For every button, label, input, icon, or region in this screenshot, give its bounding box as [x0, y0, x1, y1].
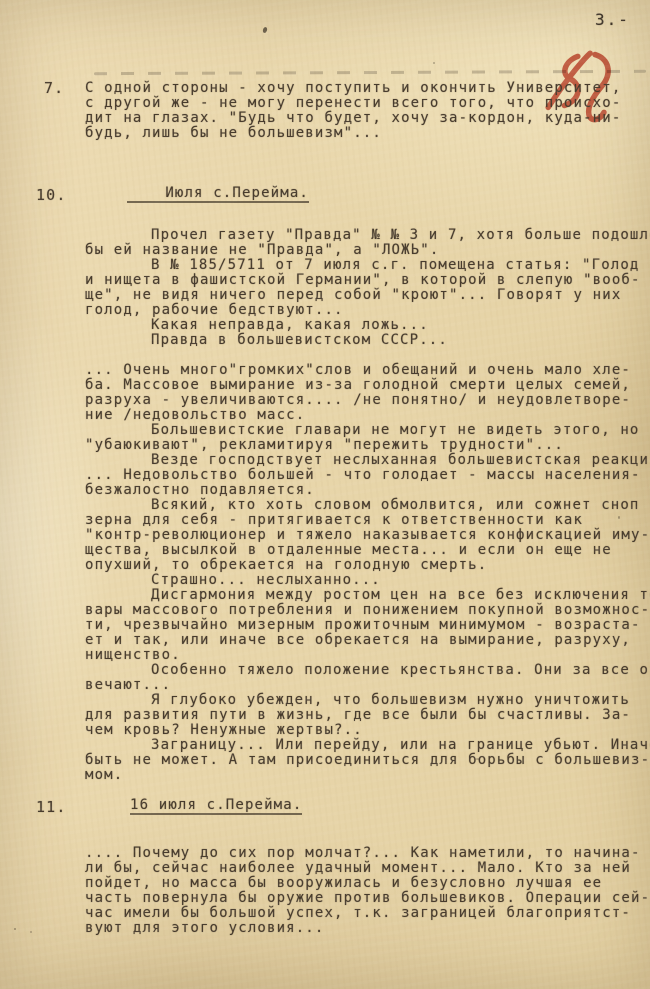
typed-line: мом.: [85, 768, 650, 783]
typed-line: Прочел газету "Правда" № № 3 и 7, хотя б…: [85, 228, 650, 243]
typed-line: В № 185/5711 от 7 июля с.г. помещена ста…: [85, 258, 650, 273]
typed-line: ... Недовольство большей - что голодает …: [85, 468, 650, 483]
ink-speck: [30, 931, 32, 933]
typed-line: чем кровь? Ненужные жертвы?..: [85, 723, 650, 738]
typed-line: вуют для этого условия...: [85, 921, 650, 936]
typed-line: зерна для себя - притягивается к ответст…: [85, 513, 650, 528]
typed-line: вечают...: [85, 678, 650, 693]
typed-line: с другой же - не могу перенести всего то…: [85, 96, 621, 111]
typed-line: Заграницу... Или перейду, или на границе…: [85, 738, 650, 753]
typed-line: безжалостно подавляется.: [85, 483, 650, 498]
entry-number: 10.: [36, 188, 67, 203]
typed-line: Везде господствует неслыханная большевис…: [85, 453, 650, 468]
typed-line: .... Почему до сих пор молчат?... Как на…: [85, 846, 650, 861]
entry-body: С одной стороны - хочу поступить и оконч…: [85, 81, 621, 141]
typed-line: часть повернула бы оружие против большев…: [85, 891, 650, 906]
typed-line: бы ей название не "Правда", а "ЛОЖЬ".: [85, 243, 650, 258]
typed-line: дит на глазах. "Будь что будет, хочу за-…: [85, 111, 621, 126]
typed-line: Дисгармония между ростом цен на все без …: [85, 588, 650, 603]
entry-number: 7.: [44, 81, 64, 96]
typed-line: голод, рабочие бедствуют...: [85, 303, 650, 318]
typed-line: ние /недовольство масс.: [85, 408, 650, 423]
typed-line: Большевистские главари не могут не видет…: [85, 423, 650, 438]
typed-line: Страшно... неслыханно...: [85, 573, 650, 588]
entry-heading: Июля с.Перейма.: [127, 186, 309, 203]
entry-heading: 16 июля с.Перейма.: [130, 798, 302, 815]
typed-line: вары массового потребления и понижением …: [85, 603, 650, 618]
typed-line: и нищета в фашистской Германии", в котор…: [85, 273, 650, 288]
entry-heading-text: Июля с.Перейма.: [127, 186, 309, 203]
entry-body: .... Почему до сих пор молчат?... Как на…: [85, 846, 650, 936]
typed-line: Какая неправда, какая ложь...: [85, 318, 650, 333]
document-page: 3.- 7.С одной стороны - хочу поступить и…: [0, 0, 650, 989]
typed-line: разруха - увеличиваются.... /не понятно/…: [85, 393, 650, 408]
typed-line: для развития пути в жизнь, где все были …: [85, 708, 650, 723]
typed-line: С одной стороны - хочу поступить и оконч…: [85, 81, 621, 96]
entry-number: 11.: [36, 800, 67, 815]
typed-line: ет и так, или иначе все обрекается на вы…: [85, 633, 650, 648]
typed-line: Особенно тяжело положение крестьянства. …: [85, 663, 650, 678]
typed-line: ... Очень много"громких"слов и обещаний …: [85, 363, 650, 378]
page-number: 3.-: [595, 11, 630, 29]
typed-line: Я глубоко убежден, что большевизм нужно …: [85, 693, 650, 708]
ink-speck: [14, 928, 16, 930]
typed-line: Правда в большевистском СССР...: [85, 333, 650, 348]
typed-line: "убаюкивают", рекламитируя "пережить тру…: [85, 438, 650, 453]
typed-line: час имели бы большой успех, т.к. заграни…: [85, 906, 650, 921]
typed-line: нищенство.: [85, 648, 650, 663]
ink-speck: [262, 27, 268, 34]
typed-line: [85, 348, 650, 363]
typed-line: опухший, то обрекается на голодную смерт…: [85, 558, 650, 573]
typed-line: ли бы, сейчас наиболее удачный момент...…: [85, 861, 650, 876]
typed-line: ти, чрезвычайно мизерным прожиточным мин…: [85, 618, 650, 633]
entry-body: Прочел газету "Правда" № № 3 и 7, хотя б…: [85, 228, 650, 783]
typed-line: ба. Массовое вымирание из-за голодной см…: [85, 378, 650, 393]
typed-line: ще", не видя ничего перед собой "кроют".…: [85, 288, 650, 303]
typed-line: щества, высылкой в отдаленные места... и…: [85, 543, 650, 558]
typed-line: Всякий, кто хоть словом обмолвится, или …: [85, 498, 650, 513]
typed-line: пойдет, но масса бы вооружилась и безусл…: [85, 876, 650, 891]
typed-line: "контр-революционер и тяжело наказываетс…: [85, 528, 650, 543]
entry-heading-text: 16 июля с.Перейма.: [130, 798, 302, 815]
ink-speck: [433, 62, 435, 64]
typed-line: быть не может. А там присоединиться для …: [85, 753, 650, 768]
typed-line: будь, лишь бы не большевизм"...: [85, 126, 621, 141]
